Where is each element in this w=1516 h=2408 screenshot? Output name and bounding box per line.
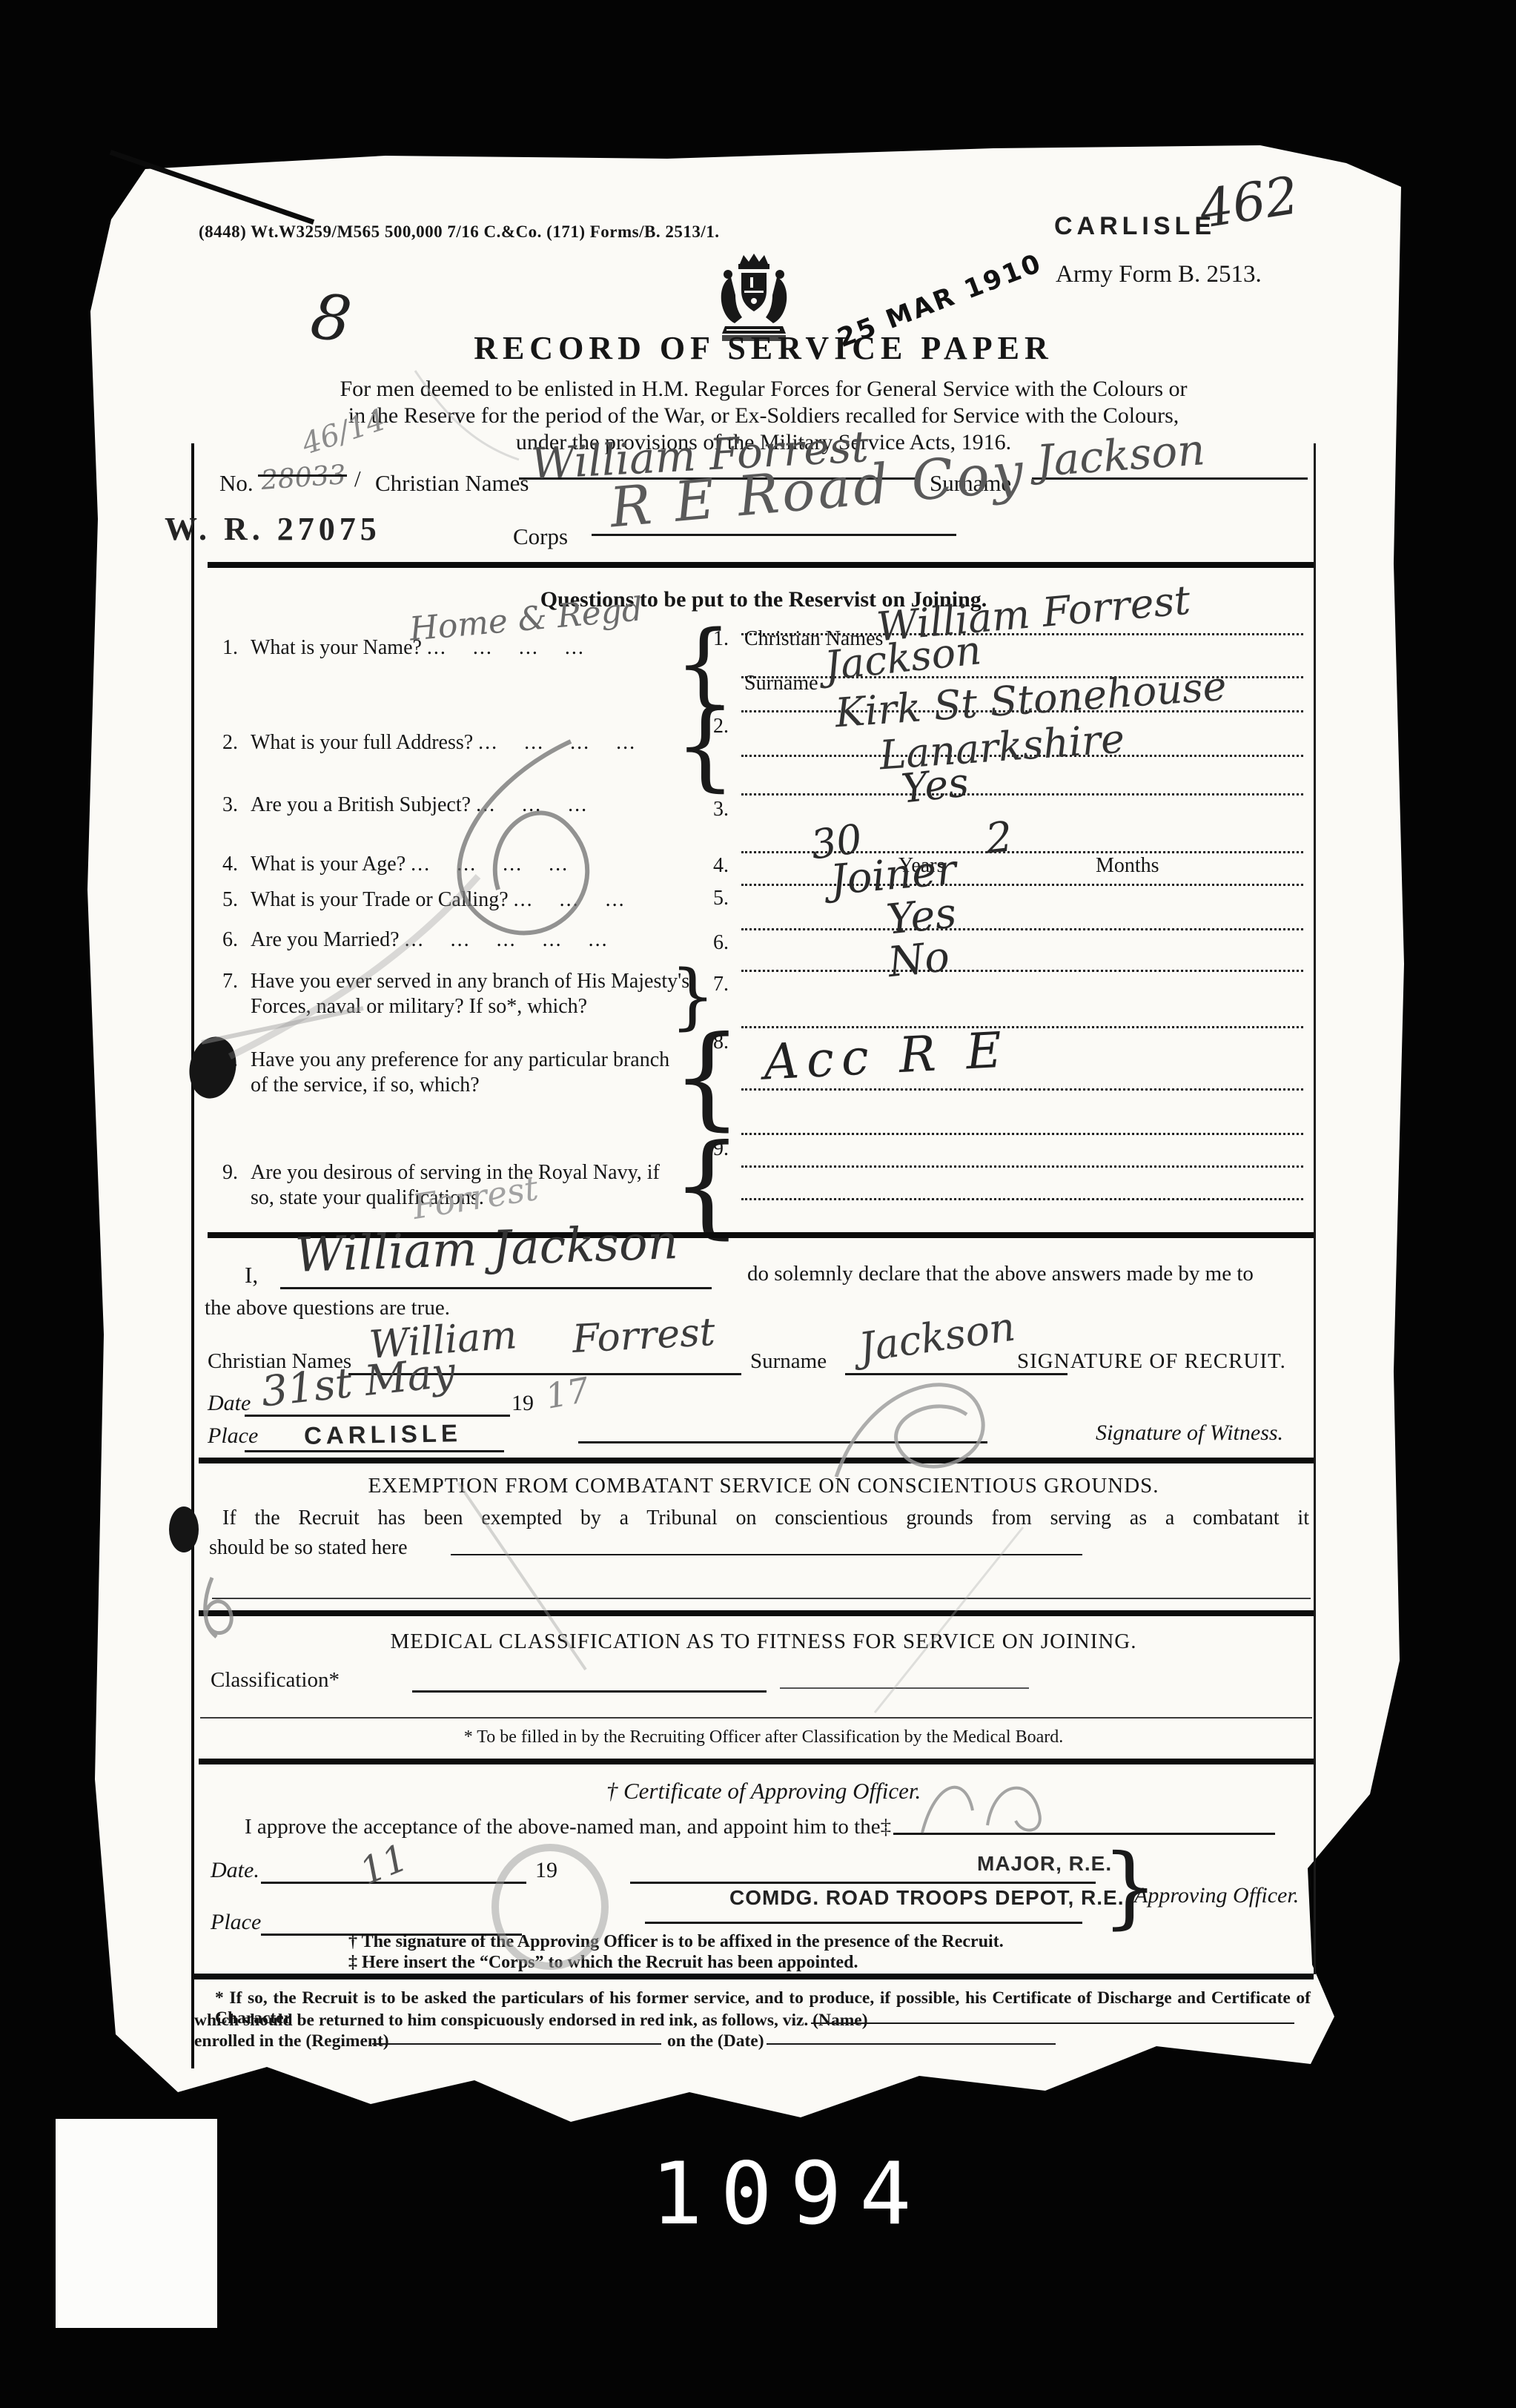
ink-blob-exemption xyxy=(169,1506,199,1552)
section-rule-3 xyxy=(199,1458,1314,1463)
exemption-body-2: should be so stated here xyxy=(209,1536,408,1560)
section-rule-4 xyxy=(199,1610,1314,1616)
name-underline xyxy=(811,2022,1294,2024)
classification-underline-1 xyxy=(412,1690,767,1693)
form-box-left-border xyxy=(191,443,194,2068)
signature-of-recruit-caption: SIGNATURE OF RECRUIT. xyxy=(1017,1349,1286,1374)
recruit-surname-label: Surname xyxy=(750,1349,827,1374)
witness-signature-underline xyxy=(578,1441,987,1443)
question-3-number: 3. xyxy=(222,793,251,817)
answer-8-line-1 xyxy=(741,1026,1303,1028)
certificate-year-prefix: 19 xyxy=(535,1858,557,1883)
answer-8-line-2 xyxy=(741,1088,1303,1091)
question-6-number: 6. xyxy=(222,928,251,952)
question-8-brace: { xyxy=(672,1022,742,1133)
declaration-name-underline xyxy=(280,1287,712,1289)
question-7-line-2: Forces, naval or military? If so*, which… xyxy=(251,995,587,1019)
answer-1-surname-label: Surname xyxy=(744,672,818,695)
scanned-document-canvas: (8448) Wt.W3259/M565 500,000 7/16 C.&Co.… xyxy=(0,0,1516,2408)
answer-5-line xyxy=(741,884,1303,886)
answer-4-months-script: 2 xyxy=(984,813,1015,863)
answer-7-number: 7. xyxy=(713,973,729,996)
declaration-place-underline xyxy=(245,1450,504,1452)
declaration-year-script: 17 xyxy=(543,1369,592,1416)
question-1-label: 1.What is your Name? ... ... ... ... xyxy=(222,636,585,660)
service-footnote-line-3a: enrolled in the (Regiment) xyxy=(194,2031,389,2051)
film-frame-blank-card xyxy=(56,2119,217,2328)
declaration-body: do solemnly declare that the above answe… xyxy=(747,1262,1254,1286)
declaration-i-label: I, xyxy=(245,1262,258,1289)
certificate-place-underline-2 xyxy=(645,1922,1082,1924)
question-8-line-2: of the service, if so, which? xyxy=(251,1074,480,1097)
question-8-line-1: 8.Have you any preference for any partic… xyxy=(222,1048,669,1072)
declaration-place-label: Place xyxy=(208,1423,258,1449)
regiment-underline xyxy=(372,2043,661,2045)
certificate-heading: † Certificate of Approving Officer. xyxy=(393,1778,1134,1805)
declaration-date-label: Date xyxy=(208,1391,251,1416)
section-rule-5 xyxy=(199,1759,1314,1764)
medical-footnote: * To be filled in by the Recruiting Offi… xyxy=(319,1727,1208,1747)
place-carlisle-stamp: CARLISLE xyxy=(304,1419,463,1450)
question-7-line-1: 7.Have you ever served in any branch of … xyxy=(222,970,689,993)
question-9-number: 9. xyxy=(222,1161,251,1185)
rank-stamp: MAJOR, R.E. xyxy=(977,1852,1112,1876)
certificate-signature-underline xyxy=(630,1882,1096,1884)
no-underline xyxy=(258,474,347,477)
classification-underline-2 xyxy=(780,1687,1029,1689)
corps-label: Corps xyxy=(513,523,568,550)
service-footnote-line-3b: on the (Date) xyxy=(667,2031,764,2051)
medical-divider xyxy=(200,1717,1312,1719)
answer-3-script: Yes xyxy=(899,758,971,812)
answer-7-script: No xyxy=(886,933,952,987)
certificate-footnote-dagger: † The signature of the Approving Officer… xyxy=(348,1932,1004,1952)
question-3-label: 3.Are you a British Subject? ... ... ... xyxy=(222,793,588,817)
unit-stamp: COMDG. ROAD TROOPS DEPOT, R.E. xyxy=(729,1886,1124,1910)
question-5-label: 5.What is your Trade or Calling? ... ...… xyxy=(222,888,626,912)
question-2-brace: { xyxy=(675,697,736,793)
answer-2-number: 2. xyxy=(713,715,729,738)
recruit-christian-script-2: Forrest xyxy=(572,1310,717,1362)
question-4-label: 4.What is your Age? ... ... ... ... xyxy=(222,853,569,876)
intro-line-1: For men deemed to be enlisted in H.M. Re… xyxy=(211,377,1316,402)
question-5-number: 5. xyxy=(222,888,251,912)
wr-number-stamp: W. R. 27075 xyxy=(165,510,381,548)
certificate-place-label: Place xyxy=(211,1910,261,1935)
question-4-leader-dots: ... ... ... ... xyxy=(411,853,569,876)
exemption-blank-line xyxy=(212,1598,1311,1599)
question-9-line-1: 9.Are you desirous of serving in the Roy… xyxy=(222,1161,660,1185)
answer-9-line-3 xyxy=(741,1198,1303,1200)
certificate-date-label: Date. xyxy=(211,1858,259,1883)
question-6-label: 6.Are you Married? ... ... ... ... ... xyxy=(222,928,609,952)
question-9-brace: { xyxy=(672,1130,742,1241)
question-7-number: 7. xyxy=(222,970,251,993)
answer-7-line xyxy=(741,970,1303,972)
service-footnote-line-2: which should be returned to him conspicu… xyxy=(194,2011,868,2031)
question-1-number: 1. xyxy=(222,636,251,660)
answer-4-months-label: Months xyxy=(1096,854,1159,878)
answer-8-number: 8. xyxy=(713,1031,729,1054)
answer-6-line xyxy=(741,928,1303,930)
question-2-leader-dots: ... ... ... ... xyxy=(478,731,636,754)
question-5-leader-dots: ... ... ... xyxy=(514,888,626,911)
date-underline-bottom xyxy=(767,2043,1056,2045)
printers-imprint: (8448) Wt.W3259/M565 500,000 7/16 C.&Co.… xyxy=(199,222,720,242)
christian-names-label: Christian Names xyxy=(375,470,529,497)
exemption-answer-underline xyxy=(451,1554,1082,1555)
exemption-heading: EXEMPTION FROM COMBATANT SERVICE ON CONS… xyxy=(319,1474,1208,1498)
no-value: 28033 xyxy=(260,460,347,496)
answer-9-line-2 xyxy=(741,1165,1303,1168)
page-title: RECORD OF SERVICE PAPER xyxy=(460,329,1068,367)
section-rule-1 xyxy=(208,562,1314,568)
question-6-leader-dots: ... ... ... ... ... xyxy=(405,928,609,951)
declaration-date-underline xyxy=(245,1415,510,1417)
section-rule-6 xyxy=(194,1974,1314,1979)
answer-9-line-1 xyxy=(741,1133,1303,1135)
form-box-right-border xyxy=(1314,443,1316,1974)
question-4-number: 4. xyxy=(222,853,251,876)
answer-6-number: 6. xyxy=(713,931,729,955)
answer-3-number: 3. xyxy=(713,798,729,821)
form-reference: Army Form B. 2513. xyxy=(1056,261,1262,288)
classification-label: Classification* xyxy=(211,1668,340,1693)
answer-9-number: 9. xyxy=(713,1137,729,1161)
answer-4-number: 4. xyxy=(713,854,729,878)
answer-5-number: 5. xyxy=(713,887,729,910)
no-separator: / xyxy=(354,466,361,492)
approving-officer-caption: Approving Officer. xyxy=(1134,1883,1299,1908)
approve-underline xyxy=(893,1833,1275,1835)
question-3-leader-dots: ... ... ... xyxy=(476,793,588,816)
answer-3-line xyxy=(741,793,1303,795)
carlisle-office-stamp: CARLISLE xyxy=(1054,212,1216,241)
medical-heading: MEDICAL CLASSIFICATION AS TO FITNESS FOR… xyxy=(319,1630,1208,1654)
declaration-body-2: the above questions are true. xyxy=(205,1296,450,1320)
question-2-number: 2. xyxy=(222,731,251,755)
declaration-year-prefix: 19 xyxy=(512,1391,534,1416)
answer-1-number: 1. xyxy=(713,627,729,651)
film-frame-number: 1094 xyxy=(651,2144,929,2244)
question-2-label: 2.What is your full Address? ... ... ...… xyxy=(222,731,636,755)
approve-line: I approve the acceptance of the above-na… xyxy=(245,1815,891,1839)
signature-of-witness-caption: Signature of Witness. xyxy=(1096,1420,1283,1446)
no-label: No. xyxy=(219,470,254,497)
certificate-footnote-double-dagger: ‡ Here insert the “Corps” to which the R… xyxy=(348,1953,858,1973)
